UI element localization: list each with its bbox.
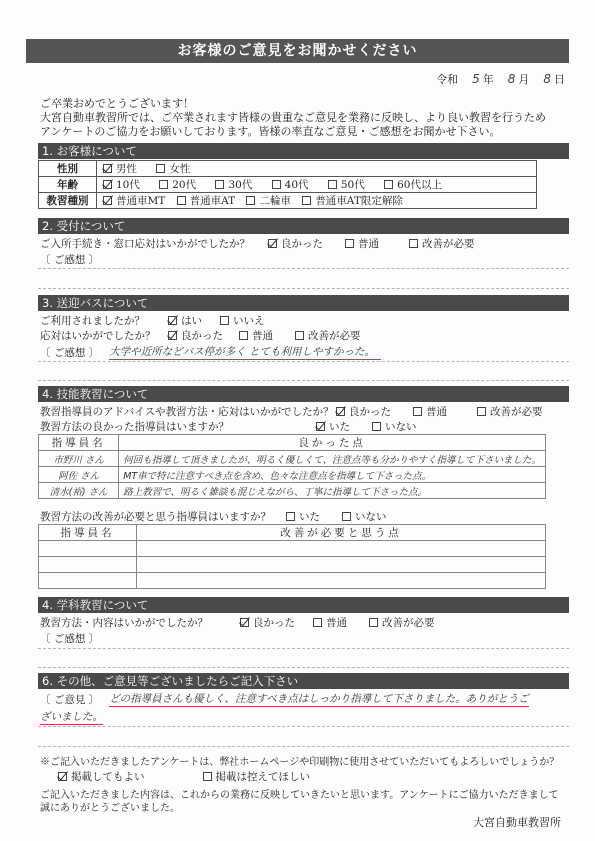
option-label: 20代 xyxy=(172,177,196,192)
checkbox-icon[interactable] xyxy=(220,316,229,325)
table-row: 阿佐 さん MT車で特に注意すべき点を含め、色々な注意点を指導して下さった点。 xyxy=(39,467,546,483)
option-label: 掲載は控えてほしい xyxy=(216,769,311,784)
closing-text: ご記入いただきました内容は、これからの業務に反映していきたいと思います。アンケー… xyxy=(40,789,559,815)
intro-line: アンケートのご協力をお願いしております。皆様の率直なご意見・ご感想をお聞かせ下さ… xyxy=(40,125,560,139)
option-label: 40代 xyxy=(285,177,309,192)
divider xyxy=(38,361,569,362)
checkbox-needs-improvement[interactable]: 改善が必要 xyxy=(477,404,543,419)
section-header-customer: 1. お客様について xyxy=(38,143,569,159)
option-label: 女性 xyxy=(169,161,190,176)
checkbox-needs-improvement[interactable]: 改善が必要 xyxy=(409,236,475,251)
checkbox-icon[interactable] xyxy=(168,331,177,340)
checkbox-icon[interactable] xyxy=(58,772,67,781)
month-value[interactable]: 8 xyxy=(508,72,516,86)
checkbox-yes[interactable]: いた xyxy=(316,419,350,434)
checkbox-icon[interactable] xyxy=(103,196,112,205)
age-label: 年齢 xyxy=(39,177,97,193)
checkbox-at-limit-release[interactable]: 普通車AT限定解除 xyxy=(302,193,403,208)
consent-options-row: 掲載してもよい 掲載は控えてほしい xyxy=(58,769,326,784)
year-value[interactable]: 5 xyxy=(472,72,480,86)
good-instructors-table: 指導員名 良かった点 市野川 さん 何回も指導して頂きましたが、明るく優しくて、… xyxy=(38,434,546,499)
checkbox-at[interactable]: 普通車AT xyxy=(177,193,236,208)
checkbox-normal[interactable]: 普通 xyxy=(413,404,447,419)
checkbox-consent-yes[interactable]: 掲載してもよい xyxy=(58,769,145,784)
gender-label: 性別 xyxy=(39,161,97,177)
closing-line: ご記入いただきました内容は、これからの業務に反映していきたいと思います。アンケー… xyxy=(40,789,559,802)
improvement-point[interactable] xyxy=(137,541,546,557)
table-row xyxy=(39,541,546,557)
checkbox-icon[interactable] xyxy=(159,180,168,189)
section-header-reception: 2. 受付について xyxy=(38,218,569,234)
checkbox-good[interactable]: 良かった xyxy=(240,615,295,630)
question-text: 応対はいかがでしたか？ xyxy=(40,328,168,343)
checkbox-icon[interactable] xyxy=(345,239,354,248)
good-point[interactable]: MT車で特に注意すべき点を含め、色々な注意点を指導して下さった点。 xyxy=(123,471,431,483)
checkbox-icon[interactable] xyxy=(177,196,186,205)
checkbox-good[interactable]: 良かった xyxy=(336,404,391,419)
instructor-name[interactable] xyxy=(39,557,137,573)
comment-row: 〔 ご感想 〕 xyxy=(40,252,99,267)
checkbox-icon[interactable] xyxy=(295,331,304,340)
checkbox-icon[interactable] xyxy=(413,407,422,416)
option-label: 60代以上 xyxy=(397,177,442,192)
checkbox-icon[interactable] xyxy=(203,772,212,781)
intro-text: ご卒業おめでとうございます！ 大宮自動車教習所では、ご卒業されます皆様の貴重なご… xyxy=(40,97,560,139)
column-header: 改善が必要と思う点 xyxy=(137,525,546,541)
customer-attributes-table: 性別 男性 女性 年齢 10代 20代 30代 40代 50代 60代以上 教習… xyxy=(38,160,537,209)
option-label: いた xyxy=(329,419,350,434)
option-label: 良かった xyxy=(349,404,391,419)
checkbox-no[interactable]: いいえ xyxy=(220,313,265,328)
divider xyxy=(38,380,569,381)
instructor-name[interactable] xyxy=(39,541,137,557)
checkbox-icon[interactable] xyxy=(286,512,295,521)
question-text: ご利用されましたか？ xyxy=(40,313,168,328)
checkbox-icon[interactable] xyxy=(240,618,249,627)
good-instructor-row: 教習方法の良かった指導員はいますか？ いた いない xyxy=(40,419,433,434)
checkbox-icon[interactable] xyxy=(168,316,177,325)
instructor-name[interactable]: 市野川 さん xyxy=(53,455,104,467)
option-label: いない xyxy=(385,419,417,434)
checkbox-icon[interactable] xyxy=(272,180,281,189)
intro-line: 大宮自動車教習所では、ご卒業されます皆様の貴重なご意見を業務に反映し、より良い教… xyxy=(40,111,560,125)
era-label: 令和 xyxy=(436,71,458,87)
option-label: 普通 xyxy=(252,328,273,343)
instructor-advice-row: 教習指導員のアドバイスや教習方法・応対はいかがでしたか？ 良かった 普通 改善が… xyxy=(40,404,559,419)
opinion-row-2: ざいました。 xyxy=(40,709,103,725)
intro-line: ご卒業おめでとうございます！ xyxy=(40,97,560,111)
checkbox-icon[interactable] xyxy=(369,618,378,627)
instructor-name[interactable] xyxy=(39,573,137,589)
option-label: 改善が必要 xyxy=(308,328,361,343)
option-label: 改善が必要 xyxy=(422,236,475,251)
checkbox-50s[interactable]: 50代 xyxy=(328,177,365,192)
course-type-label: 教習種別 xyxy=(39,193,97,209)
checkbox-40s[interactable]: 40代 xyxy=(272,177,309,192)
checkbox-normal[interactable]: 普通 xyxy=(313,615,347,630)
checkbox-icon[interactable] xyxy=(103,180,112,189)
question-text: 教習方法の良かった指導員はいますか？ xyxy=(40,419,316,434)
divider xyxy=(38,746,569,747)
bad-instructor-row: 教習方法の改善が必要と思う指導員はいますか？ いた いない xyxy=(40,509,403,524)
question-text: 教習方法の改善が必要と思う指導員はいますか？ xyxy=(40,509,286,524)
option-label: 良かった xyxy=(253,615,295,630)
checkbox-icon[interactable] xyxy=(316,422,325,431)
divider xyxy=(38,288,569,289)
checkbox-motorcycle[interactable]: 二輪車 xyxy=(246,193,291,208)
checkbox-needs-improvement[interactable]: 改善が必要 xyxy=(295,328,361,343)
comment-row: 〔 ご感想 〕 大学や近所などバス停が多く とても利用しやすかった。 xyxy=(40,344,381,360)
checkbox-icon[interactable] xyxy=(268,239,277,248)
comment-label: 〔 ご感想 〕 xyxy=(40,345,99,360)
option-label: いいえ xyxy=(233,313,265,328)
checkbox-icon[interactable] xyxy=(302,196,311,205)
option-label: 良かった xyxy=(281,236,323,251)
table-header: 指導員名 良かった点 xyxy=(39,435,546,451)
question-text: 教習方法・内容はいかがでしたか？ xyxy=(40,615,240,630)
table-header: 指導員名 改善が必要と思う点 xyxy=(39,525,546,541)
table-row: 年齢 10代 20代 30代 40代 50代 60代以上 xyxy=(39,177,537,193)
option-label: 50代 xyxy=(341,177,365,192)
year-label: 年 xyxy=(483,73,494,86)
checkbox-30s[interactable]: 30代 xyxy=(215,177,252,192)
checkbox-icon[interactable] xyxy=(239,331,248,340)
month-label: 月 xyxy=(518,73,529,86)
checkbox-icon[interactable] xyxy=(313,618,322,627)
checkbox-60s-plus[interactable]: 60代以上 xyxy=(384,177,442,192)
option-label: 改善が必要 xyxy=(382,615,435,630)
question-text: ご入所手続き・窓口応対はいかがでしたか？ xyxy=(40,236,268,251)
comment-row: 〔 ご感想 〕 xyxy=(40,631,99,646)
option-label: 普通 xyxy=(426,404,447,419)
checkbox-good[interactable]: 良かった xyxy=(268,236,323,251)
checkbox-icon[interactable] xyxy=(246,196,255,205)
option-label: 普通車AT xyxy=(190,193,236,208)
comment-label: 〔 ご感想 〕 xyxy=(40,631,99,646)
checkbox-icon[interactable] xyxy=(409,239,418,248)
option-label: いた xyxy=(299,509,320,524)
checkbox-needs-improvement[interactable]: 改善が必要 xyxy=(369,615,435,630)
page-title: お客様のご意見をお聞かせください xyxy=(26,39,569,63)
opinion-row: 〔 ご意見 〕 どの指導員さんも優しく、注意すべき点はしっかり指導して下さりまし… xyxy=(40,691,529,707)
improvement-point[interactable] xyxy=(137,573,546,589)
divider xyxy=(38,268,569,269)
checkbox-male[interactable]: 男性 xyxy=(103,161,137,176)
day-label: 日 xyxy=(554,73,565,86)
checkbox-20s[interactable]: 20代 xyxy=(159,177,196,192)
opinion-field-continued[interactable]: ざいました。 xyxy=(40,709,103,725)
option-label: 10代 xyxy=(116,177,140,192)
checkbox-yes[interactable]: いた xyxy=(286,509,320,524)
checkbox-female[interactable]: 女性 xyxy=(156,161,190,176)
checkbox-normal[interactable]: 普通 xyxy=(345,236,379,251)
option-label: 二輪車 xyxy=(259,193,291,208)
bus-usage-row: ご利用されましたか？ はい いいえ xyxy=(40,313,281,328)
bus-service-row: 応対はいかがでしたか？ 良かった 普通 改善が必要 xyxy=(40,328,377,343)
date-field: 令和 5年 8月 8日 xyxy=(436,71,565,87)
divider xyxy=(38,726,569,727)
checkbox-normal[interactable]: 普通 xyxy=(239,328,273,343)
opinion-field[interactable]: どの指導員さんも優しく、注意すべき点はしっかり指導して下さりました。ありがとうご xyxy=(109,691,529,707)
checkbox-10s[interactable]: 10代 xyxy=(103,177,140,192)
checkbox-no[interactable]: いない xyxy=(372,419,417,434)
checkbox-icon[interactable] xyxy=(328,180,337,189)
comment-label: 〔 ご意見 〕 xyxy=(40,692,99,707)
checkbox-icon[interactable] xyxy=(336,407,345,416)
checkbox-no[interactable]: いない xyxy=(342,509,387,524)
section-header-other-comments: 6. その他、ご意見等ございましたらご記入下さい xyxy=(38,673,569,689)
question-text: 教習指導員のアドバイスや教習方法・応対はいかがでしたか？ xyxy=(40,404,336,419)
table-row: 性別 男性 女性 xyxy=(39,161,537,177)
column-header: 指導員名 xyxy=(39,435,119,451)
section-header-classroom-lessons: 4. 学科教習について xyxy=(38,597,569,613)
option-label: 普通車MT xyxy=(116,193,165,208)
option-label: 掲載してもよい xyxy=(71,769,145,784)
option-label: 良かった xyxy=(181,328,223,343)
checkbox-icon[interactable] xyxy=(477,407,486,416)
option-label: 普通 xyxy=(358,236,379,251)
checkbox-icon[interactable] xyxy=(215,180,224,189)
option-label: 改善が必要 xyxy=(490,404,543,419)
checkbox-icon[interactable] xyxy=(156,164,165,173)
good-point[interactable]: 何回も指導して頂きましたが、明るく優しくて、注意点等も分かりやすく指導して下さい… xyxy=(123,455,541,467)
improvement-instructors-table: 指導員名 改善が必要と思う点 xyxy=(38,524,546,589)
checkbox-yes[interactable]: はい xyxy=(168,313,202,328)
table-row xyxy=(39,573,546,589)
instructor-name[interactable]: 阿佐 さん xyxy=(58,471,99,483)
checkbox-mt[interactable]: 普通車MT xyxy=(103,193,165,208)
option-label: はい xyxy=(181,313,202,328)
checkbox-icon[interactable] xyxy=(384,180,393,189)
day-value[interactable]: 8 xyxy=(543,72,551,86)
improvement-point[interactable] xyxy=(137,557,546,573)
comment-label: 〔 ご感想 〕 xyxy=(40,252,99,267)
divider xyxy=(38,648,569,649)
column-header: 良かった点 xyxy=(119,435,546,451)
survey-page: お客様のご意見をお聞かせください 令和 5年 8月 8日 ご卒業おめでとうござい… xyxy=(0,0,595,841)
option-label: 30代 xyxy=(228,177,252,192)
section-header-shuttle-bus: 3. 送迎バスについて xyxy=(38,295,569,311)
checkbox-good[interactable]: 良かった xyxy=(168,328,223,343)
column-header: 指導員名 xyxy=(39,525,137,541)
comment-field[interactable]: 大学や近所などバス停が多く とても利用しやすかった。 xyxy=(109,344,381,360)
instructor-name[interactable]: 清水(裕) さん xyxy=(50,487,108,499)
option-label: 普通車AT限定解除 xyxy=(315,193,403,208)
consent-question: ※ご記入いただきましたアンケートは、弊社ホームページや印刷物に使用させていただい… xyxy=(40,756,559,769)
option-label: 男性 xyxy=(116,161,137,176)
table-row: 清水(裕) さん 路上教習で、明るく雑談も混じえながら、丁寧に指導して下さった点… xyxy=(39,483,546,499)
checkbox-icon[interactable] xyxy=(342,512,351,521)
table-row xyxy=(39,557,546,573)
classroom-question-row: 教習方法・内容はいかがでしたか？ 良かった 普通 改善が必要 xyxy=(40,615,451,630)
section-header-driving-lessons: 4. 技能教習について xyxy=(38,386,569,402)
table-row: 教習種別 普通車MT 普通車AT 二輪車 普通車AT限定解除 xyxy=(39,193,537,209)
table-row: 市野川 さん 何回も指導して頂きましたが、明るく優しくて、注意点等も分かりやすく… xyxy=(39,451,546,467)
option-label: いない xyxy=(355,509,387,524)
reception-question-row: ご入所手続き・窓口応対はいかがでしたか？ 良かった 普通 改善が必要 xyxy=(40,236,491,251)
checkbox-consent-no[interactable]: 掲載は控えてほしい xyxy=(203,769,311,784)
option-label: 普通 xyxy=(326,615,347,630)
checkbox-icon[interactable] xyxy=(372,422,381,431)
organization-name: 大宮自動車教習所 xyxy=(473,814,561,830)
checkbox-icon[interactable] xyxy=(103,164,112,173)
good-point[interactable]: 路上教習で、明るく雑談も混じえながら、丁寧に指導して下さった点。 xyxy=(123,487,427,499)
divider xyxy=(38,667,569,668)
